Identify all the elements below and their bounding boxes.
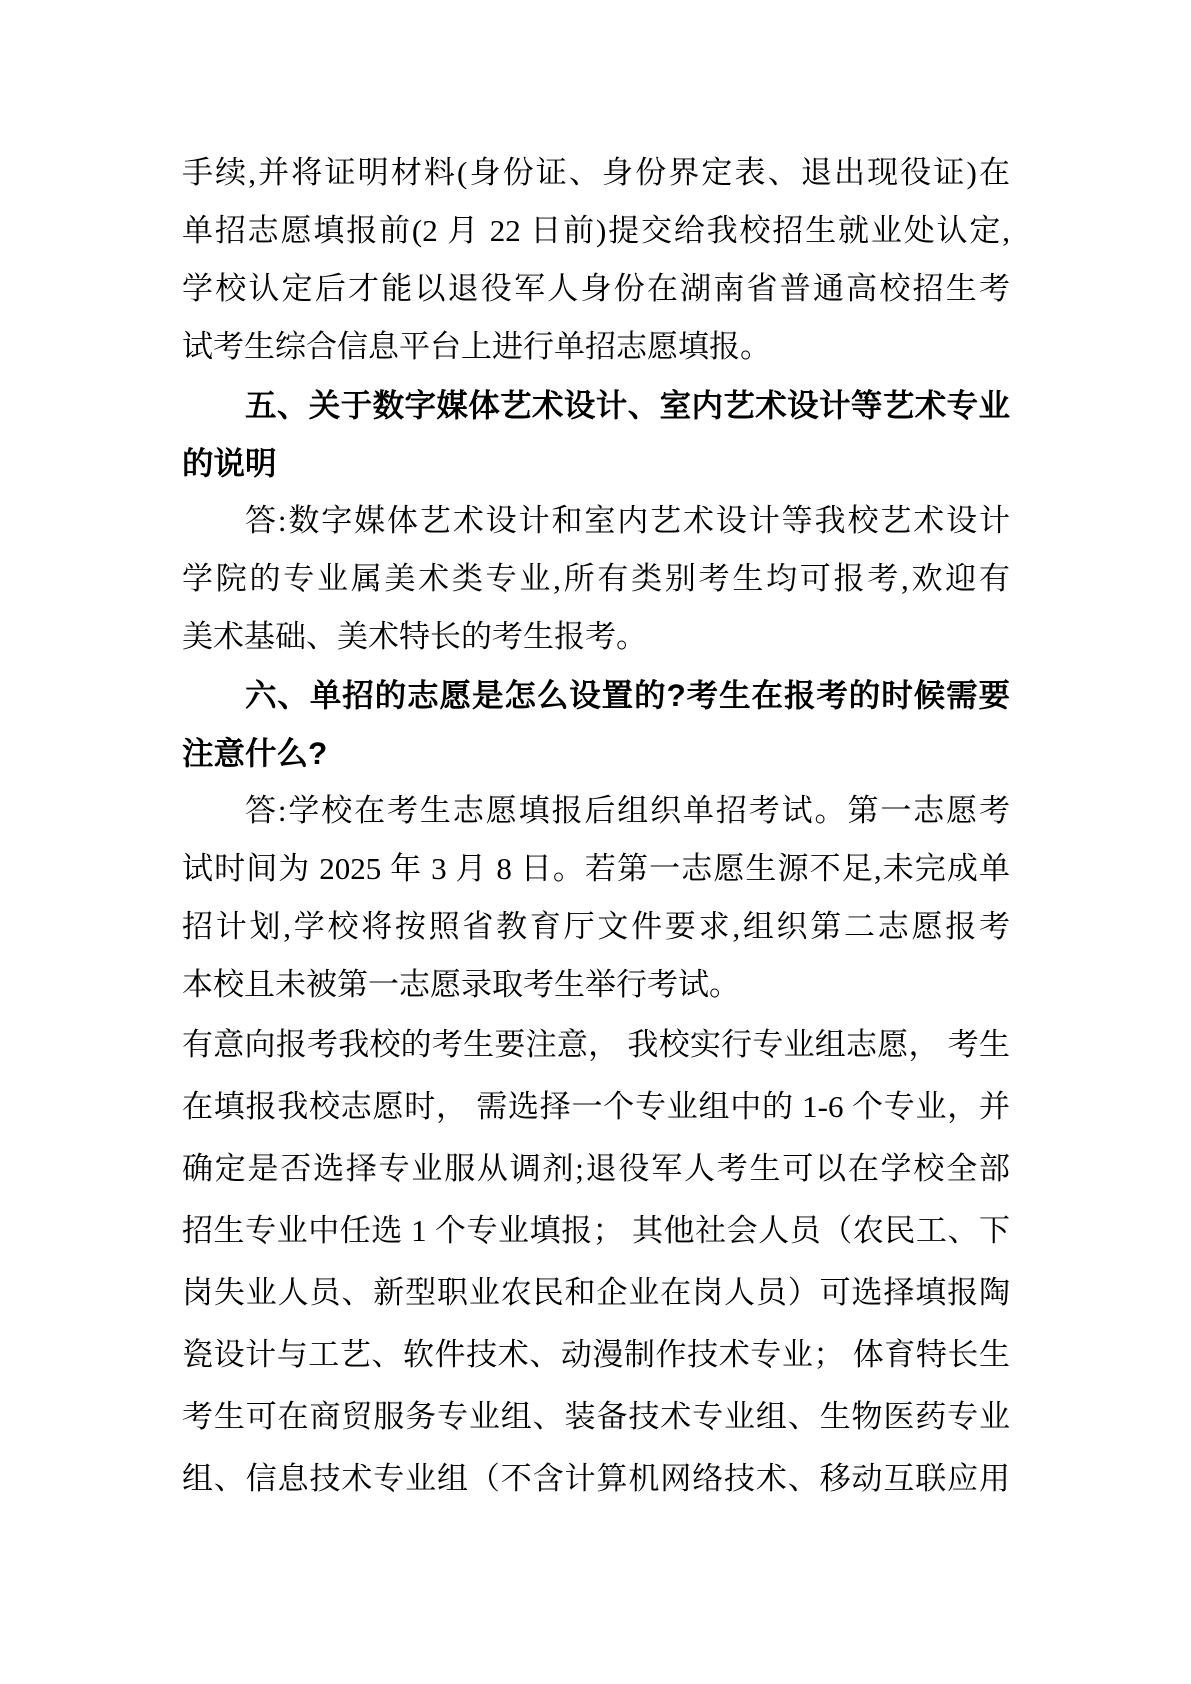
paragraph-block: 手续,并将证明材料(身份证、身份界定表、退出现役证)在单招志愿填报前(2 月 2…: [182, 144, 1010, 376]
text-line: 确定是否选择专业服从调剂;退役军人考生可以在学校全部: [182, 1138, 1010, 1200]
paragraph-block: 答:学校在考生志愿填报后组织单招考试。第一志愿考试时间为 2025 年 3 月 …: [182, 782, 1010, 1014]
text-line: 答:学校在考生志愿填报后组织单招考试。第一志愿考: [182, 782, 1010, 840]
text-line: 组、信息技术专业组（不含计算机网络技术、移动互联应用: [182, 1448, 1010, 1510]
text-line: 在填报我校志愿时， 需选择一个专业组中的 1-6 个专业，并: [182, 1076, 1010, 1138]
paragraph-block: 答:数字媒体艺术设计和室内艺术设计等我校艺术设计学院的专业属美术类专业,所有类别…: [182, 492, 1010, 666]
text-line: 有意向报考我校的考生要注意， 我校实行专业组志愿， 考生: [182, 1014, 1010, 1076]
text-line: 招生专业中任选 1 个专业填报； 其他社会人员（农民工、下: [182, 1200, 1010, 1262]
text-line: 学校认定后才能以退役军人身份在湖南省普通高校招生考: [182, 260, 1010, 318]
text-line: 考生可在商贸服务专业组、装备技术专业组、生物医药专业: [182, 1386, 1010, 1448]
document-page: 手续,并将证明材料(身份证、身份界定表、退出现役证)在单招志愿填报前(2 月 2…: [0, 0, 1191, 1684]
paragraph-block: 有意向报考我校的考生要注意， 我校实行专业组志愿， 考生在填报我校志愿时， 需选…: [182, 1014, 1010, 1510]
text-line: 试时间为 2025 年 3 月 8 日。若第一志愿生源不足,未完成单: [182, 840, 1010, 898]
heading-block: 六、单招的志愿是怎么设置的?考生在报考的时候需要注意什么?: [182, 666, 1010, 782]
text-line: 试考生综合信息平台上进行单招志愿填报。: [182, 318, 1010, 376]
text-line: 答:数字媒体艺术设计和室内艺术设计等我校艺术设计: [182, 492, 1010, 550]
text-line: 岗失业人员、新型职业农民和企业在岗人员）可选择填报陶: [182, 1262, 1010, 1324]
text-line: 美术基础、美术特长的考生报考。: [182, 608, 1010, 666]
heading-line: 六、单招的志愿是怎么设置的?考生在报考的时候需要: [182, 666, 1010, 724]
text-line: 手续,并将证明材料(身份证、身份界定表、退出现役证)在: [182, 144, 1010, 202]
heading-line: 五、关于数字媒体艺术设计、室内艺术设计等艺术专业: [182, 376, 1010, 434]
text-line: 本校且未被第一志愿录取考生举行考试。: [182, 956, 1010, 1014]
heading-line: 的说明: [182, 434, 1010, 492]
text-line: 单招志愿填报前(2 月 22 日前)提交给我校招生就业处认定,: [182, 202, 1010, 260]
text-line: 招计划,学校将按照省教育厅文件要求,组织第二志愿报考: [182, 898, 1010, 956]
text-line: 瓷设计与工艺、软件技术、动漫制作技术专业； 体育特长生: [182, 1324, 1010, 1386]
heading-line: 注意什么?: [182, 724, 1010, 782]
heading-block: 五、关于数字媒体艺术设计、室内艺术设计等艺术专业的说明: [182, 376, 1010, 492]
text-line: 学院的专业属美术类专业,所有类别考生均可报考,欢迎有: [182, 550, 1010, 608]
document-body: 手续,并将证明材料(身份证、身份界定表、退出现役证)在单招志愿填报前(2 月 2…: [182, 144, 1010, 1510]
